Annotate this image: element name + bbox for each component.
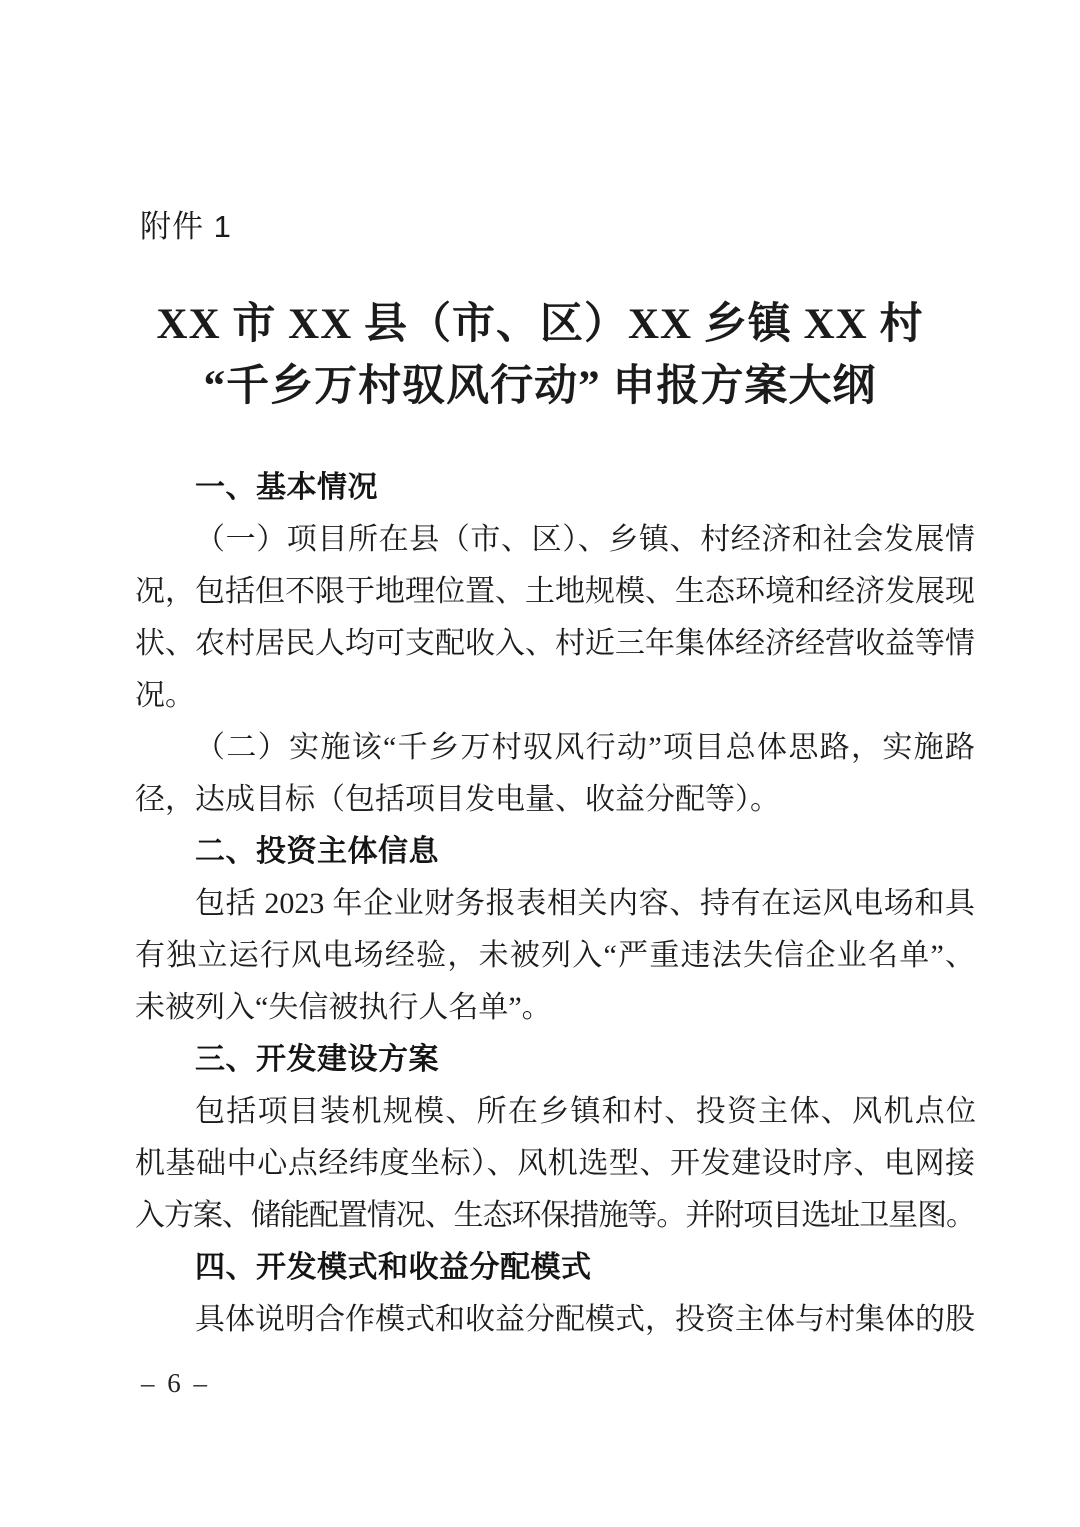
body-line: 有独立运行风电场经验，未被列入“严重违法失信企业名单”、 bbox=[135, 930, 975, 982]
body-line: 入方案、储能配置情况、生态环保措施等。并附项目选址卫星图。 bbox=[135, 1190, 975, 1242]
title-line-2: “千乡万村驭风行动” 申报方案大纲 bbox=[0, 356, 1080, 418]
title-line-1: XX 市 XX 县（市、区）XX 乡镇 XX 村 bbox=[0, 294, 1080, 356]
body-line: （二）实施该“千乡万村驭风行动”项目总体思路，实施路 bbox=[135, 722, 975, 774]
body-line: 具体说明合作模式和收益分配模式，投资主体与村集体的股 bbox=[135, 1294, 975, 1346]
body-line: 未被列入“失信被执行人名单”。 bbox=[135, 982, 975, 1034]
document-body: 一、基本情况 （一）项目所在县（市、区）、乡镇、村经济和社会发展情 况，包括但不… bbox=[135, 462, 975, 1346]
body-line: 况。 bbox=[135, 670, 975, 722]
body-line: 状、农村居民人均可支配收入、村近三年集体经济经营收益等情 bbox=[135, 618, 975, 670]
document-page: 附件 1 XX 市 XX 县（市、区）XX 乡镇 XX 村 “千乡万村驭风行动”… bbox=[0, 0, 1080, 1527]
body-line: 径，达成目标（包括项目发电量、收益分配等）。 bbox=[135, 774, 975, 826]
body-line: 机基础中心点经纬度坐标）、风机选型、开发建设时序、电网接 bbox=[135, 1138, 975, 1190]
section-heading-3: 三、开发建设方案 bbox=[135, 1034, 975, 1086]
attachment-label: 附件 1 bbox=[140, 201, 232, 246]
section-heading-1: 一、基本情况 bbox=[135, 462, 975, 514]
section-heading-2: 二、投资主体信息 bbox=[135, 826, 975, 878]
body-line: 包括项目装机规模、所在乡镇和村、投资主体、风机点位（风 bbox=[135, 1086, 975, 1138]
document-title: XX 市 XX 县（市、区）XX 乡镇 XX 村 “千乡万村驭风行动” 申报方案… bbox=[0, 294, 1080, 418]
body-line: 况，包括但不限于地理位置、土地规模、生态环境和经济发展现 bbox=[135, 566, 975, 618]
page-number: – 6 – bbox=[141, 1368, 210, 1399]
body-line: 包括 2023 年企业财务报表相关内容、持有在运风电场和具 bbox=[135, 878, 975, 930]
body-line: （一）项目所在县（市、区）、乡镇、村经济和社会发展情 bbox=[135, 514, 975, 566]
section-heading-4: 四、开发模式和收益分配模式 bbox=[135, 1242, 975, 1294]
